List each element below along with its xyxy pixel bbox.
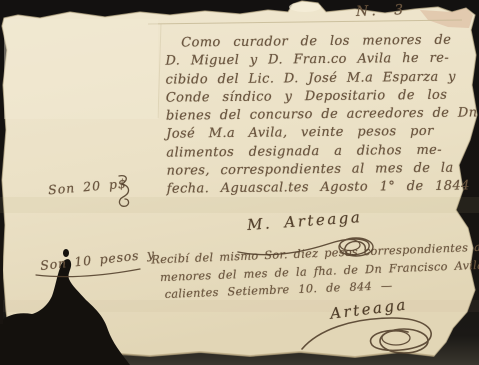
document-number: N. 3 bbox=[356, 2, 408, 20]
body-line-dateline: fecha. Aguascal.tes Agosto 1° de 1844 bbox=[167, 179, 479, 201]
body-paragraph: Como curador de los menores de D. Miguel… bbox=[165, 32, 478, 200]
torn-flap-highlight bbox=[289, 2, 321, 12]
left-page-lighter-area bbox=[4, 19, 158, 119]
scanned-document: N. 3 Como curador de los menores de D. M… bbox=[0, 0, 479, 365]
left-edge-dark-line bbox=[0, 246, 3, 324]
